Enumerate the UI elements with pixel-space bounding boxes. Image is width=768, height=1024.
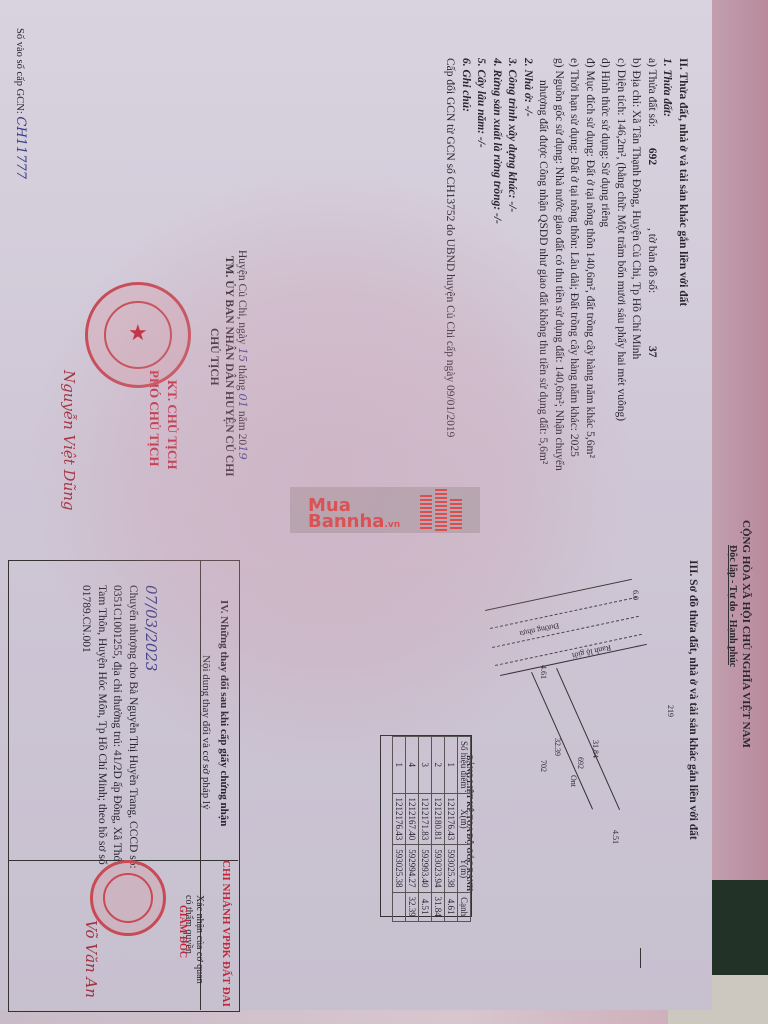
address: b) Địa chỉ: Xã Tân Thạnh Đông, Huyện Củ … <box>628 58 644 471</box>
seal-inner-ring <box>103 873 153 923</box>
perennial: 5. Cây lâu năm: -/- <box>473 58 489 471</box>
year-label: năm 20 <box>236 411 248 445</box>
note-heading: 6. Ghi chú: <box>458 58 474 471</box>
seal-star-icon: ★ <box>128 320 148 346</box>
building-icon <box>435 489 447 531</box>
note: Cấp đổi GCN từ GCN số CH13752 do UBND hu… <box>442 58 458 471</box>
road-edge <box>485 579 632 611</box>
watermark-brand: Bannha <box>308 511 384 532</box>
land-type-label: Ont <box>569 775 578 787</box>
watermark-line1: Mua <box>308 497 351 514</box>
registry-label: Số vào sổ cấp GCN: <box>14 28 25 114</box>
edge-short-label: 4.61 <box>539 665 548 679</box>
director-title: GIÁM ĐỐC <box>177 905 188 958</box>
purpose: đ) Mục đích sử dụng: Đất ở tại nông thôn… <box>582 58 598 471</box>
kt-chairman: KT. CHỦ TỊCH <box>164 380 180 469</box>
parcel-edge <box>531 672 593 809</box>
road-line <box>492 616 639 648</box>
usage-form: d) Hình thức sử dụng: Sử dụng riêng <box>597 58 613 471</box>
neighbor-parcel-label: 702 <box>539 760 548 772</box>
section-ii-title: II. Thửa đất, nhà ở và tài sản khác gắn … <box>675 58 691 471</box>
forest: 4. Rừng sản xuất là rừng trồng: -/- <box>489 58 505 471</box>
map-sheet-number: 37 <box>646 346 658 358</box>
parcel-number: 692 <box>646 148 658 165</box>
building-icon <box>420 495 432 531</box>
table-row: 11212176.43593025.384.61 <box>445 737 458 922</box>
house: 2. Nhà ở: -/- <box>520 58 536 471</box>
origin-2: nhượng đất được Công nhận QSDD như giao … <box>535 58 551 471</box>
adjacent-page-strip: cơ thẩm quyền <box>712 0 768 880</box>
table-row: 11212176.43593025.38 <box>393 737 406 922</box>
edge-long-label: 31.84 <box>591 740 600 758</box>
date-year: 19 <box>236 445 250 460</box>
changes-header-line <box>200 560 201 1010</box>
origin-1: g) Nguồn gốc sử dụng: Nhà nước giao đất … <box>551 58 567 471</box>
section-iv-title: IV. Những thay đổi sau khi cấp giấy chứn… <box>218 600 230 826</box>
entry-line-2: 0351C1001255, địa chỉ thường trú: 41/2D … <box>109 585 125 869</box>
change-entry: Chuyển nhượng cho Bà Nguyễn Thị Huyền Tr… <box>78 585 140 869</box>
official-signature: Võ Văn An <box>82 920 100 998</box>
table-row: 21212180.81593023.9431.84 <box>432 737 445 922</box>
map-sheet-label: , tờ bản đồ số: <box>646 228 658 293</box>
registry-value: CH11777 <box>13 116 28 179</box>
road-width-label: 6.0 <box>631 590 640 600</box>
edge-long-label-2: 32.39 <box>553 738 562 756</box>
boundary-edge <box>500 644 647 676</box>
north-arrow-icon <box>640 948 641 968</box>
signer-name: Nguyễn Việt Dũng <box>60 370 78 511</box>
motto-underline <box>728 545 729 665</box>
col-content-header: Nội dung thay đổi và cơ sở pháp lý <box>200 655 212 810</box>
col-edge: Cạnh <box>458 892 471 921</box>
changes-divider <box>8 860 238 861</box>
col-confirm-header: Xác nhận của cơ quan có thẩm quyền <box>183 895 205 995</box>
chairman-title: CHỦ TỊCH <box>208 328 220 386</box>
watermark-line2: Bannha.vn <box>308 513 400 534</box>
construction: 3. Công trình xây dựng khác: -/- <box>504 58 520 471</box>
certificate-page: CỘNG HÒA XÃ HỘI CHỦ NGHĨA VIỆT NAM Độc l… <box>0 0 712 1010</box>
section-iii-title: III. Sơ đồ thửa đất, nhà ở và tài sản kh… <box>685 560 701 840</box>
entry-line-3: Tam Thôn, Huyện Hóc Môn, Tp Hồ Chí Minh;… <box>94 585 110 869</box>
date-month: 01 <box>236 393 250 408</box>
road-line <box>490 597 637 629</box>
edge-bottom-label: 4.51 <box>611 830 620 844</box>
section-ii: II. Thửa đất, nhà ở và tài sản khác gắn … <box>442 58 690 471</box>
coord-table-body: Số hiệu điểmX(m)Y(m)Cạnh 11212176.435930… <box>392 736 471 922</box>
coord-table-title: BẢNG LIỆT KÊ TỌA ĐỘ GÓC RANH <box>465 755 474 891</box>
entry-line-4: 01789.CN.001 <box>78 585 94 869</box>
watermark-logo: Mua Bannha.vn <box>290 487 480 533</box>
branch-seal <box>90 860 166 936</box>
month-label: tháng <box>236 365 248 391</box>
col-x: X(m) <box>458 793 471 845</box>
table-row: 41212167.40592994.2732.39 <box>406 737 419 922</box>
entry-line-1: Chuyển nhượng cho Bà Nguyễn Thị Huyền Tr… <box>125 585 141 869</box>
date-day: 15 <box>236 347 250 362</box>
parcel-line: a) Thửa đất số: 692 , tờ bản đồ số: 37 <box>644 58 660 471</box>
coordinate-table: Số hiệu điểmX(m)Y(m)Cạnh 11212176.435930… <box>380 735 472 917</box>
issuing-org: TM. ỦY BAN NHÂN DÂN HUYỆN CỦ CHI <box>223 256 235 477</box>
col-point: Số hiệu điểm <box>458 737 471 794</box>
vice-chairman: PHÓ CHỦ TỊCH <box>146 370 162 467</box>
table-row: 31212171.83592993.404.51 <box>419 737 432 922</box>
parcel-label: a) Thửa đất số: <box>646 58 658 127</box>
boundary-line <box>495 634 642 666</box>
parcel-edge <box>556 668 620 810</box>
seal-inner-ring <box>104 301 172 369</box>
building-icon <box>450 499 462 531</box>
entry-date: 07/03/2023 <box>142 585 160 671</box>
boundary-label: Ranh lộ giới <box>571 643 612 660</box>
table-surface <box>708 880 768 980</box>
changes-box <box>8 560 240 1012</box>
duration: e) Thời hạn sử dụng: Đất ở tại nông thôn… <box>566 58 582 471</box>
date-prefix: Huyện Củ Chi, ngày <box>236 250 248 345</box>
land-heading: 1. Thửa đất: <box>659 58 675 471</box>
registry-number: Số vào sổ cấp GCN: CH11777 <box>13 28 28 179</box>
road-label: Đường nhựa <box>519 621 560 638</box>
district-seal: ★ <box>85 282 191 388</box>
page-number: 219 <box>666 705 675 717</box>
parcel-number-label: 692 <box>576 757 585 769</box>
date-line: Huyện Củ Chi, ngày 15 tháng 01 năm 2019 <box>236 250 250 460</box>
branch-stamp: CHI NHÁNH VPĐK ĐẤT ĐAI <box>220 860 232 1007</box>
area: c) Diện tích: 146,2m², (bằng chữ: Một tr… <box>613 58 629 471</box>
watermark-suffix: .vn <box>384 520 400 530</box>
nation-title: CỘNG HÒA XÃ HỘI CHỦ NGHĨA VIỆT NAM <box>740 520 752 748</box>
col-y: Y(m) <box>458 845 471 892</box>
